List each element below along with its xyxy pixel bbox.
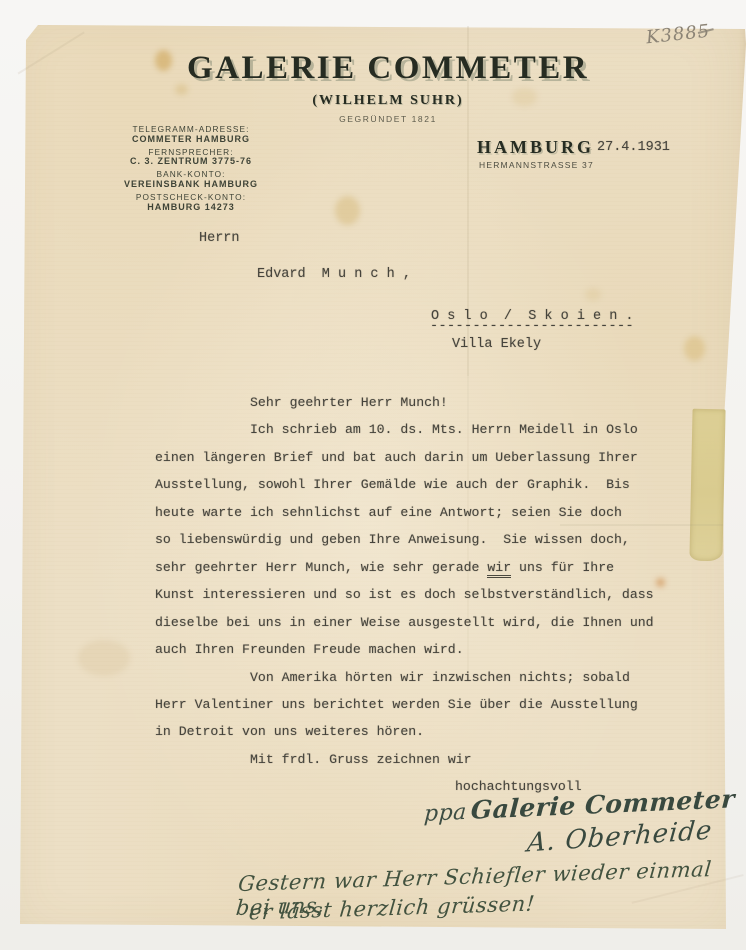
body-line: einen längeren Brief und bat auch darin …: [155, 444, 730, 471]
body-line: Kunst interessieren und so ist es doch s…: [155, 581, 730, 608]
contact-value: VEREINSBANK HAMBURG: [80, 180, 302, 190]
letterhead-street: HERMANNSTRASSE 37: [479, 160, 594, 170]
stain: [684, 336, 705, 361]
letterhead-owner-name: (WILHELM SUHR): [30, 93, 746, 109]
recipient-name: Edvard M u n c h ,: [257, 267, 411, 282]
salutation-line: Sehr geehrter Herr Munch!: [155, 389, 730, 416]
body-line: dieselbe bei uns in einer Weise ausgeste…: [155, 609, 730, 636]
stain: [335, 196, 360, 225]
body-line: so liebenswürdig und geben Ihre Anweisun…: [155, 526, 730, 553]
contact-pair: POSTSCHECK-KONTO: HAMBURG 14273: [80, 193, 302, 212]
letterhead-gallery-name: GALERIE COMMETER: [30, 50, 746, 87]
letterhead-city: HAMBURG: [477, 137, 594, 158]
body-line: heute warte ich sehnlichst auf eine Antw…: [155, 499, 730, 526]
scanned-letter-page: K3885 GALERIE COMMETER (WILHELM SUHR) GE…: [0, 0, 746, 950]
contact-pair: TELEGRAMM-ADRESSE: COMMETER HAMBURG: [80, 125, 302, 144]
body-line: Ausstellung, sowohl Ihrer Gemälde wie au…: [155, 471, 730, 498]
body-line: Herr Valentiner uns berichtet werden Sie…: [155, 691, 730, 718]
contact-value: COMMETER HAMBURG: [80, 135, 302, 145]
body-line: Von Amerika hörten wir inzwischen nichts…: [155, 664, 730, 691]
recipient-prefix: Herrn: [199, 231, 240, 246]
letter-date: 27.4.1931: [597, 140, 670, 155]
stain: [585, 288, 601, 301]
contact-pair: BANK-KONTO: VEREINSBANK HAMBURG: [80, 170, 302, 189]
contact-value: C. 3. ZENTRUM 3775-76: [80, 157, 302, 167]
body-line: auch Ihren Freunden Freude machen wird.: [155, 636, 730, 663]
contact-pair: FERNSPRECHER: C. 3. ZENTRUM 3775-76: [80, 148, 302, 167]
stain: [78, 640, 130, 676]
letterhead-contact-block: TELEGRAMM-ADRESSE: COMMETER HAMBURG FERN…: [80, 125, 302, 216]
letterhead-founded-line: GEGRÜNDET 1821: [30, 114, 746, 124]
body-line: Ich schrieb am 10. ds. Mts. Herrn Meidel…: [155, 416, 730, 443]
closing-line: Mit frdl. Gruss zeichnen wir: [155, 746, 730, 773]
contact-value: HAMBURG 14273: [80, 203, 302, 213]
letter-body: Sehr geehrter Herr Munch! Ich schrieb am…: [155, 389, 730, 801]
recipient-residence: Villa Ekely: [452, 337, 541, 352]
body-line: in Detroit von uns weiteres hören.: [155, 718, 730, 745]
recipient-place-underline: ------------------------: [430, 319, 634, 334]
ppa-prefix: ppa: [423, 800, 467, 827]
body-line-with-underline: sehr geehrter Herr Munch, wie sehr gerad…: [155, 554, 730, 581]
